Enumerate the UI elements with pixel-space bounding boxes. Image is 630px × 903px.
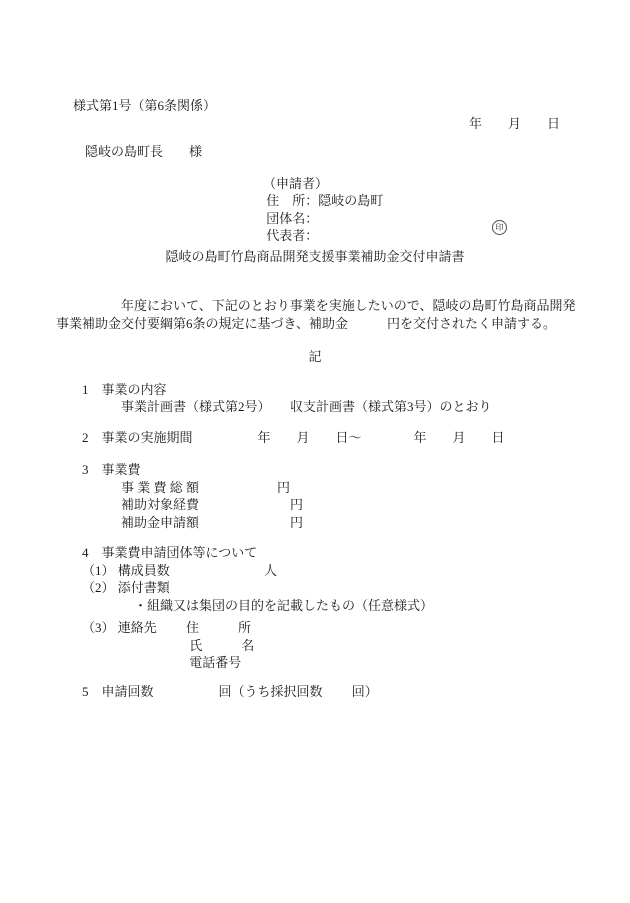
contact-address-line: （3） 連絡先 住 所 bbox=[82, 619, 630, 637]
attached-documents-line: （2） 添付書類 bbox=[82, 579, 630, 597]
body-line-1: 年度において、下記のとおり事業を実施したいので、隠岐の島町竹島商品開発 bbox=[56, 297, 590, 315]
section-1-business-content: 1 事業の内容 事業計画書（様式第2号） 収支計画書（様式第3号）のとおり bbox=[0, 381, 630, 416]
section-4-heading: 4 事業費申請団体等について bbox=[82, 544, 630, 562]
document-title: 隠岐の島町竹島商品開発支援事業補助金交付申請書 bbox=[0, 248, 630, 266]
applicant-address: 住 所：隠岐の島町 bbox=[263, 192, 630, 210]
body-line-2: 事業補助金交付要綱第6条の規定に基づき、補助金 円を交付されたく申請する。 bbox=[56, 315, 590, 333]
applicant-label: （申請者） bbox=[263, 175, 630, 193]
attached-documents-item: ・組織又は集団の目的を記載したもの（任意様式） bbox=[82, 597, 630, 615]
section-3-heading: 3 事業費 bbox=[82, 461, 630, 479]
section-1-heading: 1 事業の内容 bbox=[82, 381, 630, 399]
application-form-page: 様式第1号（第6条関係） 年 月 日 隠岐の島町長 様 （申請者） 住 所：隠岐… bbox=[0, 0, 630, 903]
form-number: 様式第1号（第6条関係） bbox=[0, 97, 630, 115]
contact-phone-line: 電話番号 bbox=[82, 654, 630, 672]
section-2-heading: 2 事業の実施期間 年 月 日～ 年 月 日 bbox=[82, 429, 630, 447]
section-1-plan-documents: 事業計画書（様式第2号） 収支計画書（様式第3号）のとおり bbox=[82, 398, 630, 416]
date-line: 年 月 日 bbox=[0, 115, 630, 133]
addressee: 隠岐の島町長 様 bbox=[0, 143, 630, 161]
body-paragraph: 年度において、下記のとおり事業を実施したいので、隠岐の島町竹島商品開発 事業補助… bbox=[0, 297, 630, 332]
section-4-applicant-group: 4 事業費申請団体等について （1） 構成員数 人 （2） 添付書類 ・組織又は… bbox=[0, 544, 630, 672]
applicant-block: （申請者） 住 所：隠岐の島町 団体名： 代表者： bbox=[0, 175, 630, 245]
section-5-application-count: 5 申請回数 回（うち採択回数 回） bbox=[0, 683, 630, 701]
applicant-org-name: 団体名： bbox=[263, 210, 630, 228]
record-marker: 記 bbox=[0, 348, 630, 366]
section-5-heading: 5 申請回数 回（うち採択回数 回） bbox=[82, 683, 630, 701]
applicant-representative: 代表者： bbox=[263, 227, 630, 245]
section-2-implementation-period: 2 事業の実施期間 年 月 日～ 年 月 日 bbox=[0, 429, 630, 447]
total-expense-line: 事 業 費 総 額 円 bbox=[82, 479, 630, 497]
eligible-expense-line: 補助対象経費 円 bbox=[82, 496, 630, 514]
contact-name-line: 氏 名 bbox=[82, 637, 630, 655]
requested-subsidy-line: 補助金申請額 円 bbox=[82, 514, 630, 532]
seal-mark-icon: 印 bbox=[492, 220, 507, 235]
section-3-business-expenses: 3 事業費 事 業 費 総 額 円 補助対象経費 円 補助金申請額 円 bbox=[0, 461, 630, 531]
member-count-line: （1） 構成員数 人 bbox=[82, 562, 630, 580]
contact-block: （3） 連絡先 住 所 氏 名 電話番号 bbox=[82, 619, 630, 672]
